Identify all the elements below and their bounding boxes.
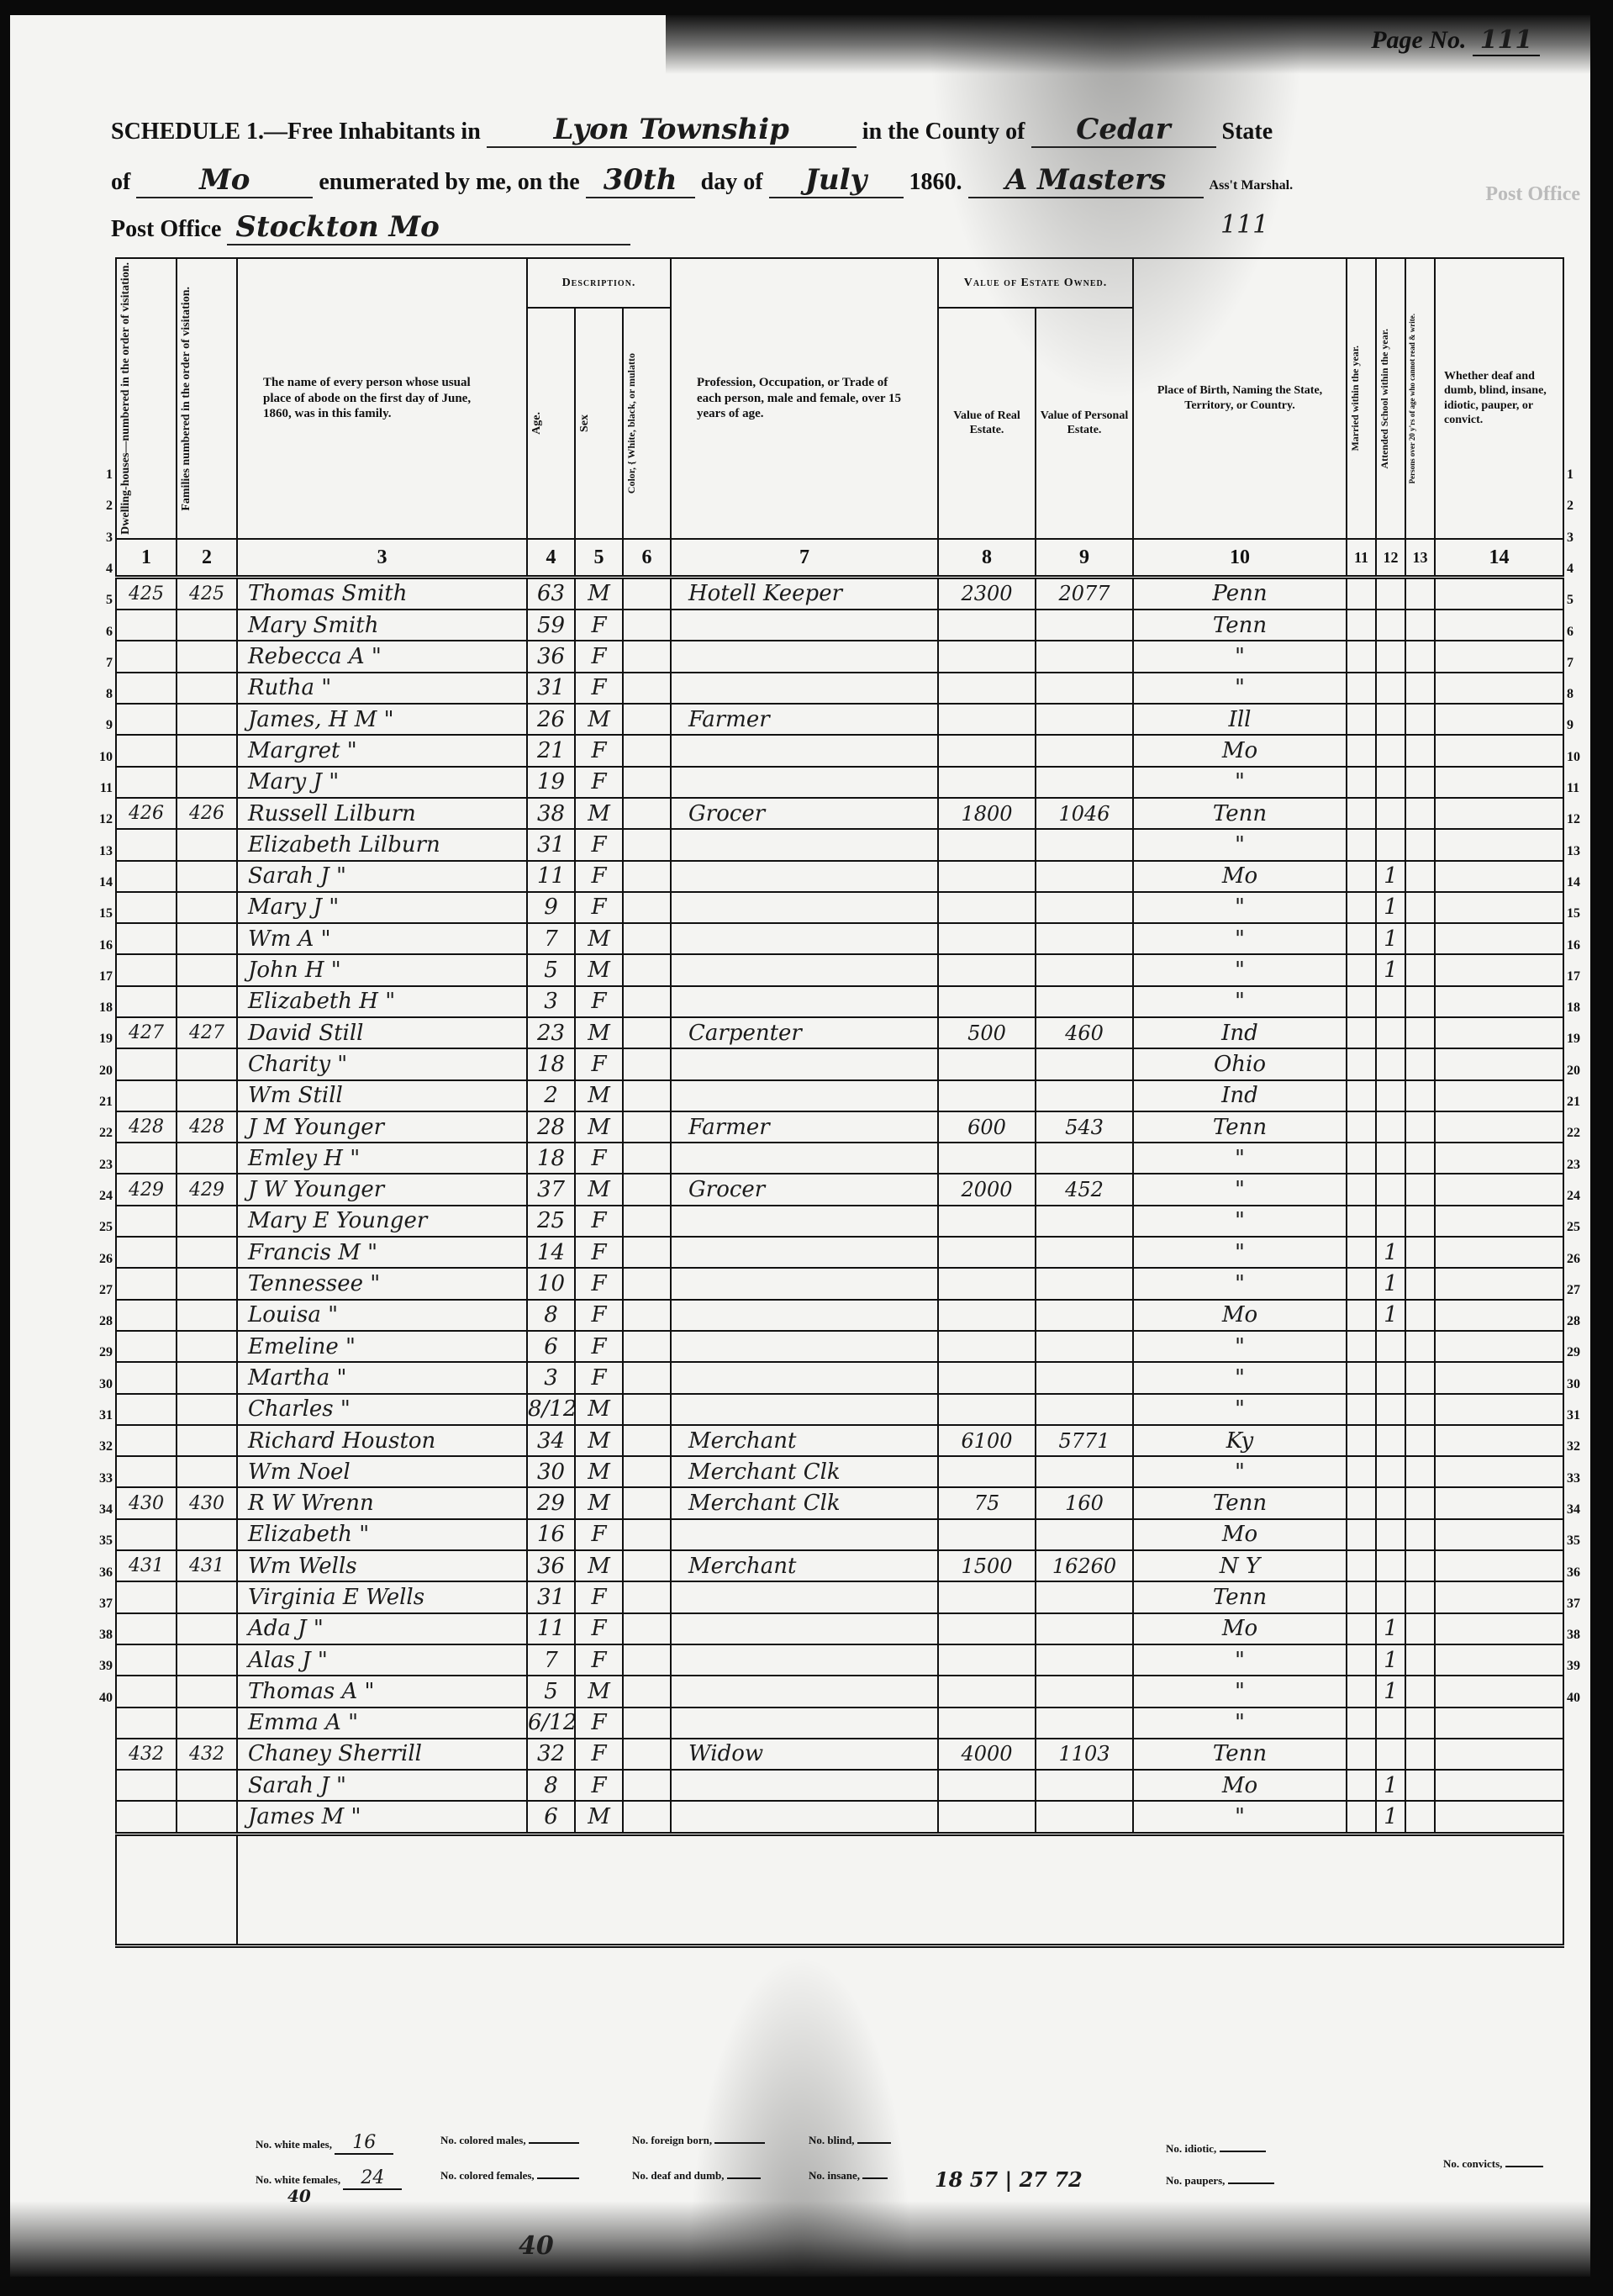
cell-birthplace: Ind <box>1133 1017 1347 1048</box>
cell-birthplace: Penn <box>1133 577 1347 610</box>
cell-sex: M <box>575 1080 623 1111</box>
cell-age: 21 <box>527 735 575 766</box>
cell-ill <box>1405 1111 1435 1143</box>
cell-family <box>177 1080 237 1111</box>
cell-family <box>177 1362 237 1393</box>
cell-color <box>623 704 671 735</box>
table-row: John H "5M"1 <box>116 954 1563 985</box>
cell-color <box>623 798 671 829</box>
cell-color <box>623 1268 671 1299</box>
cell-personal_estate <box>1036 1801 1133 1834</box>
line-number-right: 37 <box>1567 1597 1592 1612</box>
cell-mar <box>1347 1425 1376 1456</box>
cell-inf <box>1435 610 1563 641</box>
cell-mar <box>1347 1111 1376 1143</box>
cell-birthplace: " <box>1133 1174 1347 1205</box>
cell-sex: M <box>575 954 623 985</box>
line-number-left: 2 <box>87 499 113 514</box>
cell-inf <box>1435 986 1563 1017</box>
cell-inf <box>1435 1048 1563 1079</box>
cell-personal_estate <box>1036 1362 1133 1393</box>
cell-sex: M <box>575 1487 623 1518</box>
cell-ill <box>1405 1644 1435 1676</box>
cell-sex: F <box>575 1644 623 1676</box>
cell-birthplace: Mo <box>1133 735 1347 766</box>
cell-color <box>623 1017 671 1048</box>
cell-sex: F <box>575 1519 623 1550</box>
cell-birthplace: Tenn <box>1133 798 1347 829</box>
cell-occupation: Farmer <box>671 704 938 735</box>
cell-birthplace: " <box>1133 1644 1347 1676</box>
cell-occupation <box>671 1770 938 1801</box>
page-number-value: 111 <box>1473 25 1540 56</box>
line-number-left: 15 <box>87 906 113 921</box>
cell-color <box>623 1206 671 1237</box>
cell-sex: M <box>575 1676 623 1707</box>
cell-occupation <box>671 986 938 1017</box>
line-number-right: 10 <box>1567 750 1592 765</box>
cell-name: James M " <box>237 1801 527 1834</box>
group-header-description: Description. <box>527 258 671 308</box>
cell-personal_estate <box>1036 1676 1133 1707</box>
table-row: Virginia E Wells31FTenn <box>116 1581 1563 1612</box>
line-number-right: 38 <box>1567 1628 1592 1643</box>
cell-dwelling <box>116 1770 177 1801</box>
cell-dwelling <box>116 1237 177 1268</box>
cell-real_estate: 75 <box>938 1487 1036 1518</box>
cell-family <box>177 1300 237 1331</box>
cell-birthplace: " <box>1133 1362 1347 1393</box>
cell-sex: F <box>575 1048 623 1079</box>
cell-age: 26 <box>527 704 575 735</box>
cell-color <box>623 1456 671 1487</box>
cell-sex: F <box>575 892 623 923</box>
marshal-field: A Masters <box>968 163 1204 198</box>
cell-school <box>1376 1519 1405 1550</box>
cell-age: 28 <box>527 1111 575 1143</box>
cell-occupation <box>671 892 938 923</box>
enumerated-label: enumerated by me, on the <box>319 169 579 195</box>
line-number-right: 9 <box>1567 718 1592 733</box>
cell-name: Wm Wells <box>237 1550 527 1581</box>
cell-dwelling <box>116 1581 177 1612</box>
cell-color <box>623 1080 671 1111</box>
cell-family <box>177 892 237 923</box>
cell-color <box>623 986 671 1017</box>
cell-mar <box>1347 1300 1376 1331</box>
cell-inf <box>1435 1644 1563 1676</box>
cell-personal_estate <box>1036 1613 1133 1644</box>
cell-ill <box>1405 954 1435 985</box>
cell-dwelling: 429 <box>116 1174 177 1205</box>
cell-color <box>623 1644 671 1676</box>
cell-sex: M <box>575 1017 623 1048</box>
cell-name: Rebecca A " <box>237 641 527 672</box>
cell-school: 1 <box>1376 892 1405 923</box>
county-label: in the County of <box>862 119 1025 145</box>
cell-dwelling <box>116 704 177 735</box>
page-number: Page No. 111 <box>1371 25 1540 56</box>
cell-school: 1 <box>1376 1644 1405 1676</box>
line-number-right: 4 <box>1567 562 1592 577</box>
cell-family <box>177 923 237 954</box>
cell-real_estate <box>938 829 1036 860</box>
cell-mar <box>1347 673 1376 704</box>
cell-birthplace: Ind <box>1133 1080 1347 1111</box>
cell-occupation <box>671 1268 938 1299</box>
margin-sums: 18 57 | 27 72 <box>935 2167 1083 2192</box>
line-number-right: 7 <box>1567 656 1592 671</box>
cell-color <box>623 1394 671 1425</box>
marshal-label: Ass't Marshal. <box>1210 178 1294 193</box>
line-number-right: 8 <box>1567 687 1592 702</box>
paupers: No. paupers, <box>1166 2174 1274 2188</box>
cell-mar <box>1347 1268 1376 1299</box>
cell-school <box>1376 1111 1405 1143</box>
cell-birthplace: " <box>1133 1268 1347 1299</box>
cell-mar <box>1347 577 1376 610</box>
line-number-right: 40 <box>1567 1691 1592 1706</box>
cell-age: 11 <box>527 1613 575 1644</box>
cell-personal_estate <box>1036 986 1133 1017</box>
cell-school <box>1376 673 1405 704</box>
cell-school <box>1376 704 1405 735</box>
cell-occupation: Merchant Clk <box>671 1456 938 1487</box>
cell-sex: F <box>575 1613 623 1644</box>
table-row: Rebecca A "36F" <box>116 641 1563 672</box>
cell-age: 37 <box>527 1174 575 1205</box>
cell-school: 1 <box>1376 861 1405 892</box>
cell-age: 29 <box>527 1487 575 1518</box>
cell-birthplace: " <box>1133 923 1347 954</box>
cell-age: 25 <box>527 1206 575 1237</box>
line-number-right: 23 <box>1567 1158 1592 1173</box>
cell-name: James, H M " <box>237 704 527 735</box>
cell-mar <box>1347 892 1376 923</box>
cell-mar <box>1347 704 1376 735</box>
foreign-born: No. foreign born, <box>632 2134 765 2147</box>
cell-school <box>1376 798 1405 829</box>
cell-dwelling <box>116 1394 177 1425</box>
blind: No. blind, <box>809 2134 891 2147</box>
cell-inf <box>1435 1362 1563 1393</box>
cell-family <box>177 1644 237 1676</box>
cell-age: 18 <box>527 1048 575 1079</box>
cell-name: Mary J " <box>237 767 527 798</box>
table-row: Emley H "18F" <box>116 1143 1563 1174</box>
cell-real_estate: 500 <box>938 1017 1036 1048</box>
cell-dwelling <box>116 1300 177 1331</box>
line-number-right: 33 <box>1567 1471 1592 1486</box>
cell-color <box>623 1676 671 1707</box>
cell-family: 432 <box>177 1739 237 1770</box>
line-number-left: 36 <box>87 1565 113 1581</box>
line-number-left: 21 <box>87 1095 113 1110</box>
cell-sex: M <box>575 577 623 610</box>
line-number-left: 38 <box>87 1628 113 1643</box>
cell-mar <box>1347 829 1376 860</box>
cell-personal_estate <box>1036 892 1133 923</box>
cell-sex: F <box>575 767 623 798</box>
cell-inf <box>1435 1739 1563 1770</box>
cell-inf <box>1435 1017 1563 1048</box>
cell-ill <box>1405 1550 1435 1581</box>
cell-mar <box>1347 1143 1376 1174</box>
cell-ill <box>1405 829 1435 860</box>
cell-ill <box>1405 1017 1435 1048</box>
cell-inf <box>1435 1801 1563 1834</box>
cell-personal_estate <box>1036 1143 1133 1174</box>
year-label: 1860. <box>909 169 962 195</box>
cell-ill <box>1405 1739 1435 1770</box>
cell-name: Emeline " <box>237 1331 527 1362</box>
cell-name: Wm Still <box>237 1080 527 1111</box>
cell-mar <box>1347 1174 1376 1205</box>
cell-color <box>623 1581 671 1612</box>
cell-age: 38 <box>527 798 575 829</box>
cell-sex: M <box>575 923 623 954</box>
cell-personal_estate <box>1036 610 1133 641</box>
cell-ill <box>1405 1456 1435 1487</box>
cell-school <box>1376 1143 1405 1174</box>
line-number-right: 12 <box>1567 812 1592 827</box>
col-header-sex: Sex <box>575 308 623 539</box>
cell-sex: F <box>575 1143 623 1174</box>
line-number-right: 29 <box>1567 1345 1592 1360</box>
cell-occupation <box>671 641 938 672</box>
cell-birthplace: " <box>1133 1237 1347 1268</box>
cell-sex: M <box>575 1111 623 1143</box>
cell-school: 1 <box>1376 1613 1405 1644</box>
cell-ill <box>1405 1676 1435 1707</box>
cell-family <box>177 767 237 798</box>
cell-age: 6 <box>527 1331 575 1362</box>
table-row: Charity "18FOhio <box>116 1048 1563 1079</box>
cell-color <box>623 1425 671 1456</box>
cell-ill <box>1405 798 1435 829</box>
cell-personal_estate <box>1036 704 1133 735</box>
table-row: Martha "3F" <box>116 1362 1563 1393</box>
cell-real_estate: 2000 <box>938 1174 1036 1205</box>
line-number-right: 22 <box>1567 1126 1592 1141</box>
cell-real_estate <box>938 986 1036 1017</box>
day-field: 30th <box>586 163 695 198</box>
cell-dwelling <box>116 1519 177 1550</box>
cell-school <box>1376 1456 1405 1487</box>
cell-dwelling <box>116 1425 177 1456</box>
line-number-right: 17 <box>1567 969 1592 984</box>
cell-personal_estate <box>1036 1268 1133 1299</box>
line-number-left: 10 <box>87 750 113 765</box>
table-row: Francis M "14F"1 <box>116 1237 1563 1268</box>
cell-occupation <box>671 1801 938 1834</box>
cell-sex: M <box>575 1174 623 1205</box>
cell-color <box>623 1770 671 1801</box>
cell-family <box>177 1268 237 1299</box>
cell-color <box>623 892 671 923</box>
cell-name: Tennessee " <box>237 1268 527 1299</box>
cell-birthplace: " <box>1133 641 1347 672</box>
cell-dwelling <box>116 1080 177 1111</box>
cell-age: 36 <box>527 1550 575 1581</box>
cell-ill <box>1405 1425 1435 1456</box>
cell-ill <box>1405 1331 1435 1362</box>
line-number-right: 30 <box>1567 1377 1592 1392</box>
cell-family <box>177 829 237 860</box>
of-label: of <box>111 169 130 195</box>
cell-family <box>177 1456 237 1487</box>
cell-personal_estate: 1046 <box>1036 798 1133 829</box>
cell-name: Francis M " <box>237 1237 527 1268</box>
cell-school <box>1376 1394 1405 1425</box>
line-number-left: 25 <box>87 1220 113 1235</box>
cell-occupation <box>671 1707 938 1739</box>
line-number-left: 23 <box>87 1158 113 1173</box>
cell-dwelling <box>116 1048 177 1079</box>
cell-inf <box>1435 1174 1563 1205</box>
cell-inf <box>1435 1456 1563 1487</box>
cell-occupation <box>671 1331 938 1362</box>
cell-sex: F <box>575 986 623 1017</box>
cell-personal_estate <box>1036 1206 1133 1237</box>
cell-name: R W Wrenn <box>237 1487 527 1518</box>
cell-occupation <box>671 923 938 954</box>
cell-mar <box>1347 954 1376 985</box>
cell-name: Wm Noel <box>237 1456 527 1487</box>
cell-real_estate: 600 <box>938 1111 1036 1143</box>
cell-occupation: Widow <box>671 1739 938 1770</box>
line-number-right: 34 <box>1567 1502 1592 1517</box>
cell-occupation <box>671 1644 938 1676</box>
cell-personal_estate: 452 <box>1036 1174 1133 1205</box>
line-number-left: 9 <box>87 718 113 733</box>
cell-family <box>177 1581 237 1612</box>
cell-school <box>1376 577 1405 610</box>
cell-ill <box>1405 1801 1435 1834</box>
cell-school: 1 <box>1376 923 1405 954</box>
cell-dwelling <box>116 954 177 985</box>
cell-birthplace: " <box>1133 892 1347 923</box>
cell-occupation: Hotell Keeper <box>671 577 938 610</box>
cell-dwelling: 431 <box>116 1550 177 1581</box>
cell-name: Margret " <box>237 735 527 766</box>
cell-inf <box>1435 1143 1563 1174</box>
table-row: Elizabeth Lilburn31F" <box>116 829 1563 860</box>
cell-birthplace: " <box>1133 1801 1347 1834</box>
cell-school <box>1376 1581 1405 1612</box>
cell-ill <box>1405 1394 1435 1425</box>
table-row: James M "6M"1 <box>116 1801 1563 1834</box>
cell-sex: F <box>575 861 623 892</box>
cell-inf <box>1435 1237 1563 1268</box>
table-row: 428428J M Younger28MFarmer600543Tenn <box>116 1111 1563 1143</box>
cell-mar <box>1347 861 1376 892</box>
cell-personal_estate <box>1036 861 1133 892</box>
cell-real_estate <box>938 1770 1036 1801</box>
table-row: Mary J "19F" <box>116 767 1563 798</box>
cell-real_estate <box>938 610 1036 641</box>
cell-real_estate <box>938 954 1036 985</box>
cell-color <box>623 954 671 985</box>
cell-age: 3 <box>527 1362 575 1393</box>
cell-personal_estate <box>1036 735 1133 766</box>
col-header-occupation: Profession, Occupation, or Trade of each… <box>671 258 938 539</box>
cell-birthplace: " <box>1133 1143 1347 1174</box>
cell-ill <box>1405 1613 1435 1644</box>
cell-dwelling <box>116 1676 177 1707</box>
col-header-infirmity: Whether deaf and dumb, blind, insane, id… <box>1435 258 1563 539</box>
col-header-real-estate: Value of Real Estate. <box>938 308 1036 539</box>
line-number-right: 35 <box>1567 1533 1592 1549</box>
cell-ill <box>1405 1143 1435 1174</box>
line-number-left: 29 <box>87 1345 113 1360</box>
cell-ill <box>1405 1362 1435 1393</box>
cell-occupation <box>671 954 938 985</box>
cell-sex: F <box>575 829 623 860</box>
table-row: Rutha "31F" <box>116 673 1563 704</box>
cell-dwelling <box>116 923 177 954</box>
cell-occupation <box>671 610 938 641</box>
cell-dwelling <box>116 861 177 892</box>
cell-real_estate <box>938 673 1036 704</box>
cell-sex: F <box>575 1300 623 1331</box>
cell-name: Martha " <box>237 1362 527 1393</box>
cell-age: 19 <box>527 767 575 798</box>
cell-age: 31 <box>527 673 575 704</box>
cell-age: 5 <box>527 954 575 985</box>
margin-mark: 111 <box>1220 210 1268 240</box>
line-number-left: 39 <box>87 1659 113 1674</box>
cell-sex: F <box>575 673 623 704</box>
col-header-age: Age. <box>527 308 575 539</box>
cell-dwelling: 426 <box>116 798 177 829</box>
cell-ill <box>1405 577 1435 610</box>
cell-birthplace: " <box>1133 673 1347 704</box>
cell-personal_estate: 5771 <box>1036 1425 1133 1456</box>
cell-name: Elizabeth " <box>237 1519 527 1550</box>
col-header-dwelling: Dwelling-houses—numbered in the order of… <box>116 258 177 539</box>
cell-sex: F <box>575 610 623 641</box>
cell-birthplace: Mo <box>1133 1770 1347 1801</box>
cell-name: Rutha " <box>237 673 527 704</box>
cell-school <box>1376 829 1405 860</box>
cell-ill <box>1405 641 1435 672</box>
cell-family <box>177 1770 237 1801</box>
cell-color <box>623 829 671 860</box>
line-number-left: 34 <box>87 1502 113 1517</box>
table-row: 430430R W Wrenn29MMerchant Clk75160Tenn <box>116 1487 1563 1518</box>
cell-personal_estate <box>1036 1080 1133 1111</box>
cell-inf <box>1435 1331 1563 1362</box>
cell-sex: F <box>575 1362 623 1393</box>
cell-personal_estate: 16260 <box>1036 1550 1133 1581</box>
cell-personal_estate <box>1036 1644 1133 1676</box>
county-field: Cedar <box>1031 113 1216 148</box>
cell-name: Mary E Younger <box>237 1206 527 1237</box>
cell-age: 3 <box>527 986 575 1017</box>
cell-school <box>1376 767 1405 798</box>
table-row: Charles "8/12M" <box>116 1394 1563 1425</box>
cell-color <box>623 735 671 766</box>
cell-mar <box>1347 1048 1376 1079</box>
cell-age: 8 <box>527 1300 575 1331</box>
cell-inf <box>1435 767 1563 798</box>
cell-birthplace: Tenn <box>1133 1487 1347 1518</box>
cell-age: 6 <box>527 1801 575 1834</box>
cell-school <box>1376 1080 1405 1111</box>
cell-birthplace: " <box>1133 954 1347 985</box>
cell-age: 32 <box>527 1739 575 1770</box>
